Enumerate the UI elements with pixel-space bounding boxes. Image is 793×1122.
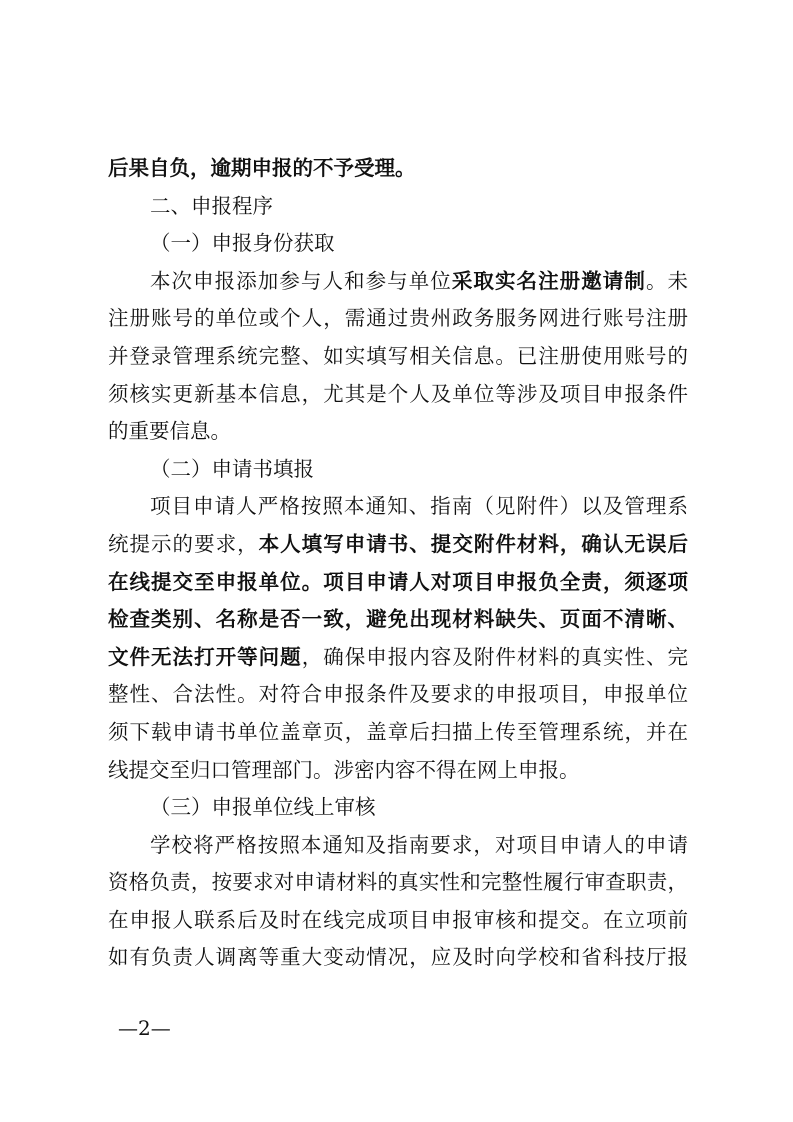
paragraph-line: 检查类别、名称是否一致，避免出现材料缺失、页面不清晰、 (108, 601, 688, 639)
subsection-heading-review: （三）申报单位线上审核 (108, 789, 688, 827)
body-text: 资格负责，按要求对申请材料的真实性和完整性履行审查职责， (108, 870, 688, 894)
paragraph-line: 后果自负，逾期申报的不予受理。 (108, 150, 688, 188)
bold-text: 文件无法打开等问题 (108, 645, 302, 669)
body-text: 注册账号的单位或个人，需通过贵州政务服务网进行账号注册 (108, 306, 688, 330)
bold-text: 后果自负，逾期申报的不予受理。 (108, 156, 416, 180)
paragraph-line: 在申报人联系后及时在线完成项目申报审核和提交。在立项前 (108, 902, 688, 940)
bold-text: 检查类别、名称是否一致，避免出现材料缺失、页面不清晰、 (108, 607, 688, 631)
document-page: 后果自负，逾期申报的不予受理。 二、申报程序 （一）申报身份获取 本次申报添加参… (108, 150, 688, 977)
bold-text: 本人填写申请书、提交附件材料，确认无误后 (259, 532, 688, 556)
heading-text: （二）申请书填报 (150, 457, 314, 481)
paragraph-line: 须下载申请书单位盖章页，盖章后扫描上传至管理系统，并在 (108, 714, 688, 752)
paragraph-line: 统提示的要求，本人填写申请书、提交附件材料，确认无误后 (108, 526, 688, 564)
body-text: 本次申报添加参与人和参与单位 (150, 269, 452, 293)
bold-text: 采取实名注册邀请制 (452, 269, 646, 293)
paragraph-line: 学校将严格按照本通知及指南要求，对项目申请人的申请 (108, 827, 688, 865)
body-text: 如有负责人调离等重大变动情况，应及时向学校和省科技厅报 (108, 945, 688, 969)
body-text: 须核实更新基本信息，尤其是个人及单位等涉及项目申报条件 (108, 382, 688, 406)
paragraph-line: 注册账号的单位或个人，需通过贵州政务服务网进行账号注册 (108, 300, 688, 338)
body-text: 学校将严格按照本通知及指南要求，对项目申请人的申请 (150, 833, 688, 857)
section-heading-procedure: 二、申报程序 (108, 188, 688, 226)
body-text: 须下载申请书单位盖章页，盖章后扫描上传至管理系统，并在 (108, 720, 688, 744)
body-text: 统提示的要求， (108, 532, 259, 556)
paragraph-line: 整性、合法性。对符合申报条件及要求的申报项目，申报单位 (108, 676, 688, 714)
bold-text: 在线提交至申报单位。项目申请人对项目申报负全责，须逐项 (108, 570, 688, 594)
paragraph-line: 的重要信息。 (108, 413, 688, 451)
paragraph-line: 资格负责，按要求对申请材料的真实性和完整性履行审查职责， (108, 864, 688, 902)
paragraph-line: 本次申报添加参与人和参与单位采取实名注册邀请制。未 (108, 263, 688, 301)
paragraph-line: 项目申请人严格按照本通知、指南（见附件）以及管理系 (108, 488, 688, 526)
body-text: 。未 (646, 269, 688, 293)
body-text: ，确保申报内容及附件材料的真实性、完 (302, 645, 688, 669)
paragraph-line: 并登录管理系统完整、如实填写相关信息。已注册使用账号的 (108, 338, 688, 376)
body-text: 项目申请人严格按照本通知、指南（见附件）以及管理系 (150, 494, 688, 518)
paragraph-line: 文件无法打开等问题，确保申报内容及附件材料的真实性、完 (108, 639, 688, 677)
body-text: 在申报人联系后及时在线完成项目申报审核和提交。在立项前 (108, 908, 688, 932)
body-text: 整性、合法性。对符合申报条件及要求的申报项目，申报单位 (108, 682, 688, 706)
body-text: 并登录管理系统完整、如实填写相关信息。已注册使用账号的 (108, 344, 688, 368)
heading-text: （三）申报单位线上审核 (150, 795, 376, 819)
heading-text: （一）申报身份获取 (150, 231, 335, 255)
paragraph-line: 如有负责人调离等重大变动情况，应及时向学校和省科技厅报 (108, 939, 688, 977)
paragraph-line: 在线提交至申报单位。项目申请人对项目申报负全责，须逐项 (108, 564, 688, 602)
body-text: 线提交至归口管理部门。涉密内容不得在网上申报。 (108, 758, 580, 782)
body-text: 的重要信息。 (108, 419, 231, 443)
subsection-heading-application: （二）申请书填报 (108, 451, 688, 489)
subsection-heading-identity: （一）申报身份获取 (108, 225, 688, 263)
paragraph-line: 须核实更新基本信息，尤其是个人及单位等涉及项目申报条件 (108, 376, 688, 414)
paragraph-line: 线提交至归口管理部门。涉密内容不得在网上申报。 (108, 752, 688, 790)
heading-text: 二、申报程序 (150, 194, 273, 218)
page-number: —2— (118, 1016, 171, 1040)
